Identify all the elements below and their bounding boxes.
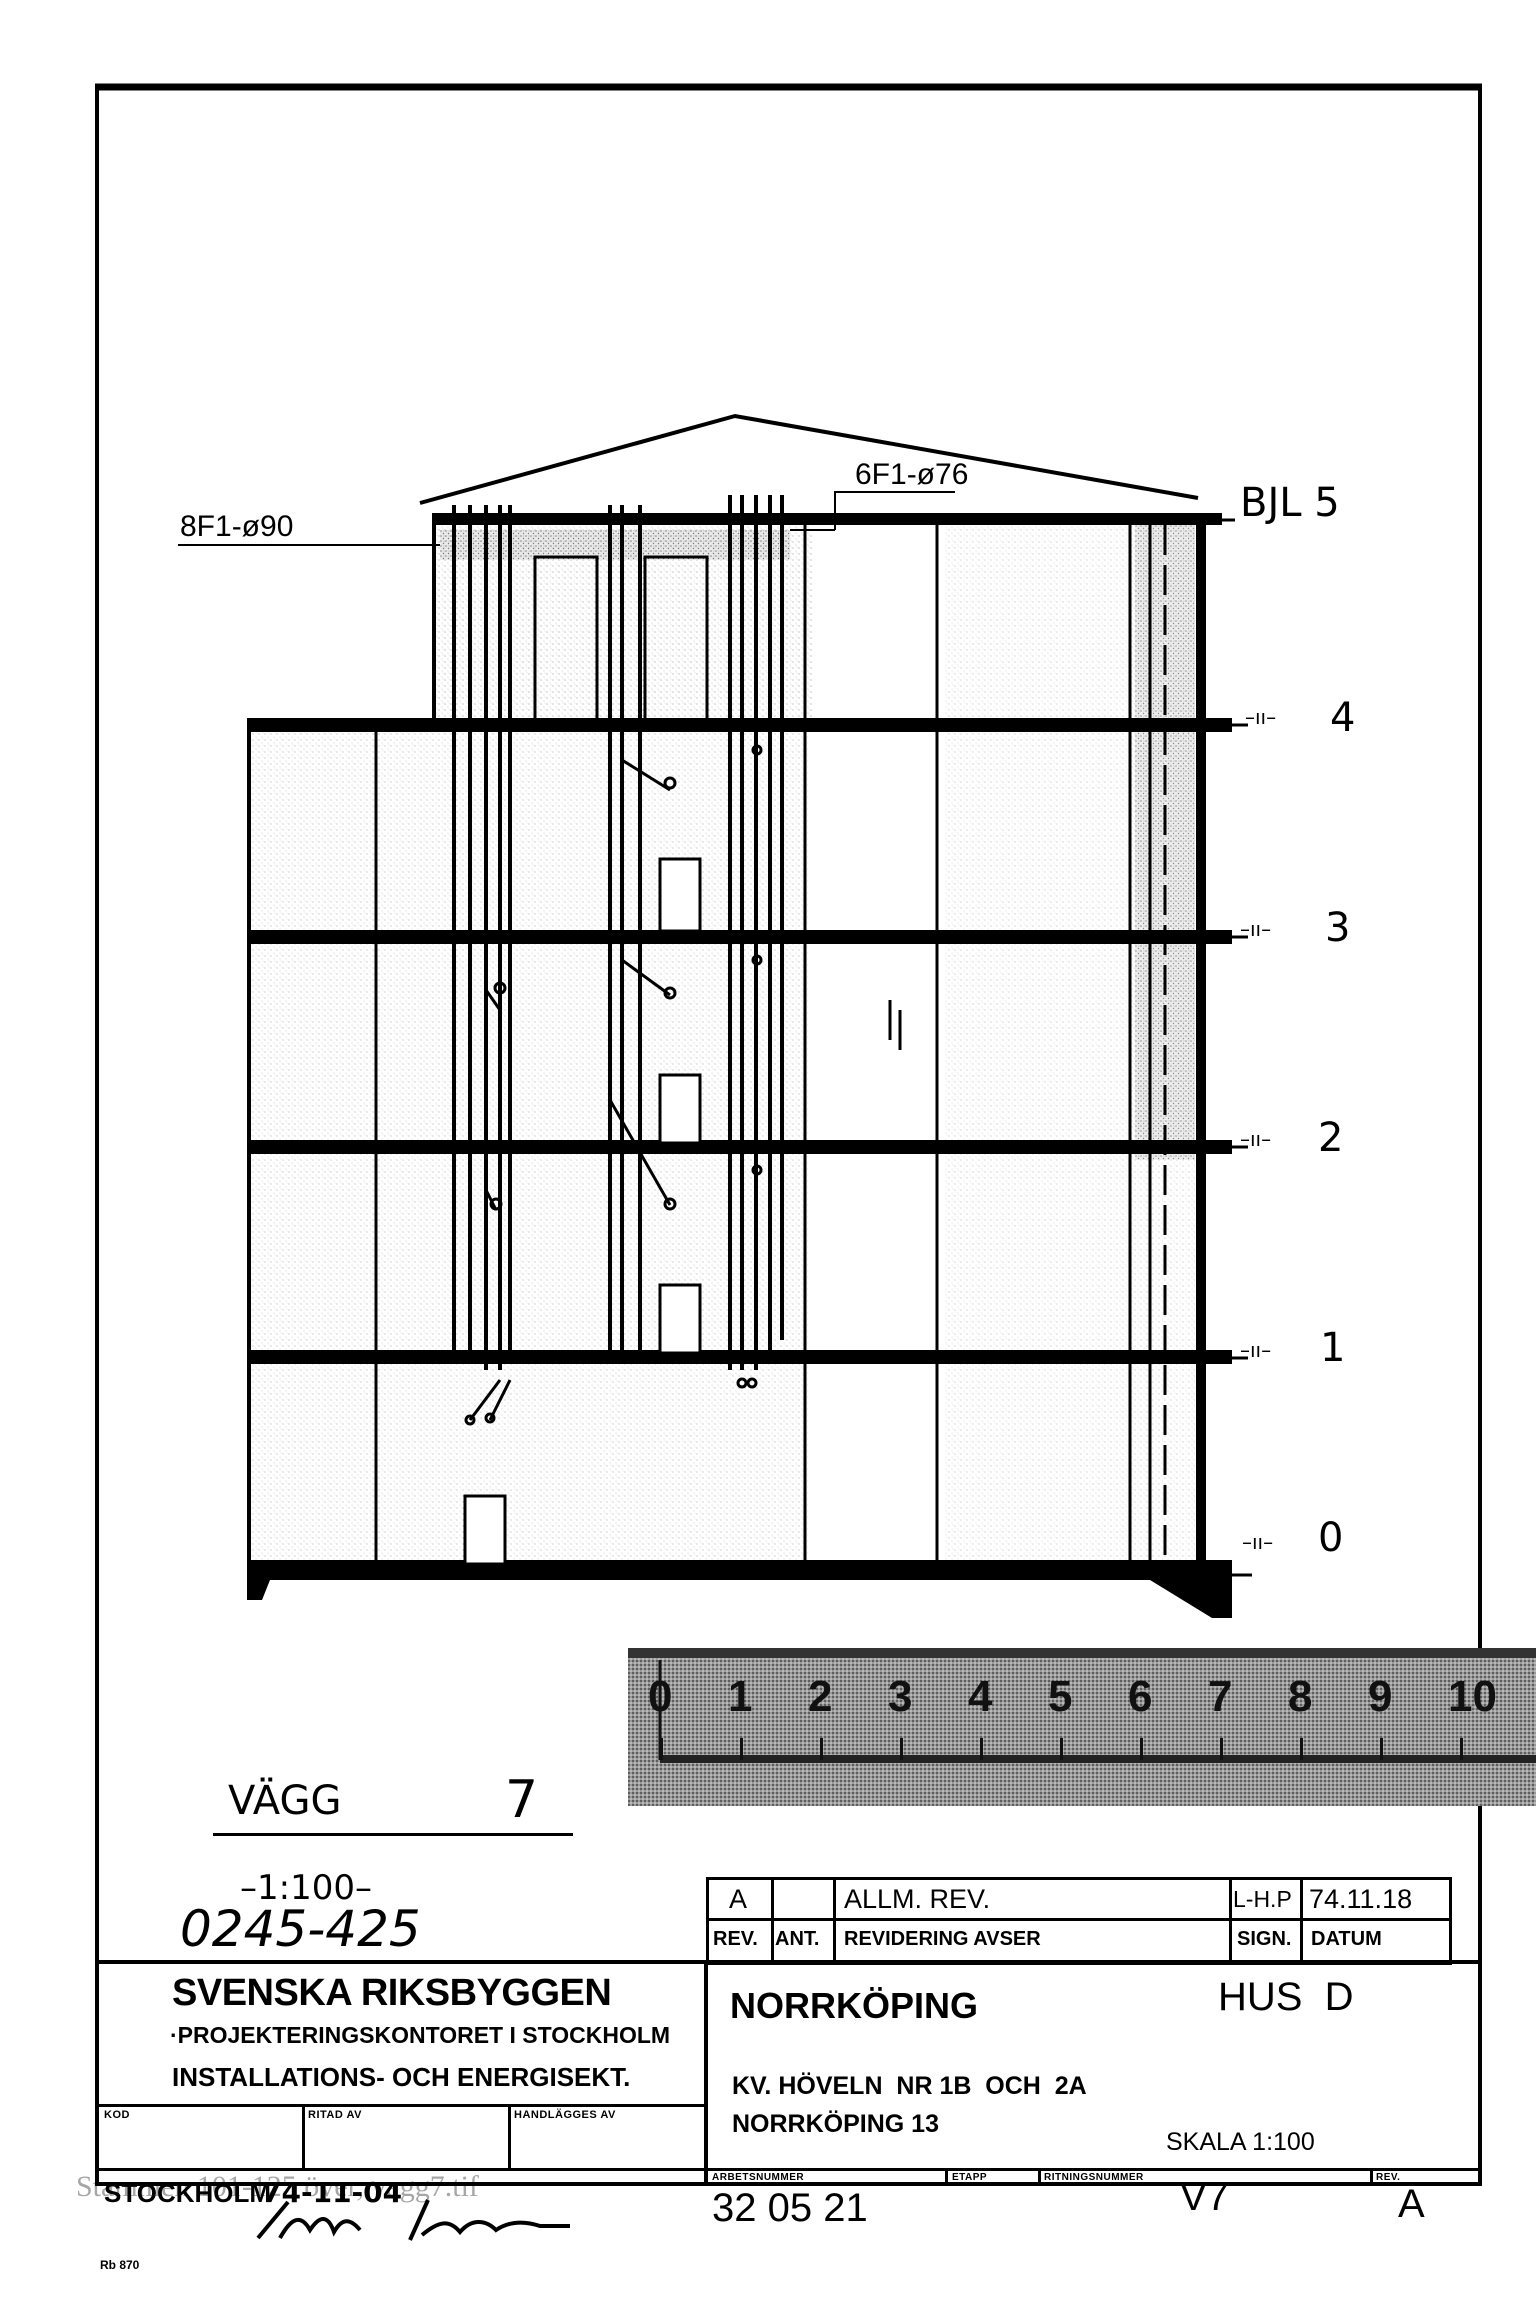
grid-line <box>508 2104 511 2170</box>
district-label: NORRKÖPING 13 <box>732 2110 939 2139</box>
ritad-av-label: RITAD AV <box>308 2109 362 2121</box>
company-name: SVENSKA RIKSBYGGEN <box>172 1972 611 2015</box>
drawing-sheet: 8F1-ø90 6F1-ø76 BJL 5 –ıı– 4 –ıı– 3 –ıı–… <box>0 0 1536 2306</box>
floor-marker: –ıı– <box>1240 917 1271 941</box>
house-label: HUS D <box>1218 1975 1354 2020</box>
company-department: INSTALLATIONS- OCH ENERGISEKT. <box>172 2062 630 2093</box>
ruler-tick-mark <box>1460 1738 1463 1760</box>
revision-date: 74.11.18 <box>1309 1884 1412 1915</box>
revision-sign: L-H.P <box>1233 1886 1292 1913</box>
overlay-stamp: Stammen 101-125 över, vagg7.tif <box>76 2170 479 2204</box>
header-sign: SIGN. <box>1237 1928 1291 1951</box>
property-label: KV. HÖVELN NR 1B OCH 2A <box>732 2072 1087 2101</box>
form-code: Rb 870 <box>100 2258 139 2272</box>
header-description: REVIDERING AVSER <box>844 1928 1041 1951</box>
ruler-tick-mark <box>900 1738 903 1760</box>
floor-marker: –ıı– <box>1240 1127 1271 1151</box>
floor-level-label: 2 <box>1318 1115 1343 1161</box>
ruler-tick-mark <box>1300 1738 1303 1760</box>
floor-level-label: BJL 5 <box>1240 480 1340 526</box>
header-ant: ANT. <box>775 1928 819 1951</box>
scale-label: SKALA 1:100 <box>1166 2128 1315 2157</box>
ruler-tick-label: 10 <box>1448 1672 1497 1722</box>
ruler-tick-label: 8 <box>1288 1672 1312 1722</box>
pipe-label-right: 6F1-ø76 <box>855 458 968 492</box>
pipe-label-left: 8F1-ø90 <box>180 510 293 544</box>
ruler-tick-mark <box>1060 1738 1063 1760</box>
rev-value: A <box>1398 2182 1425 2227</box>
grid-line <box>1038 2168 1041 2184</box>
floor-level-label: 0 <box>1318 1515 1343 1561</box>
rev-label: REV. <box>1376 2172 1400 2183</box>
floor-level-label: 4 <box>1330 695 1355 741</box>
revision-table: A ALLM. REV. L-H.P 74.11.18 REV. ANT. RE… <box>706 1877 1452 1965</box>
floor-level-label: 1 <box>1320 1325 1345 1371</box>
arbetsnummer-label: ARBETSNUMMER <box>712 2172 804 2183</box>
handlagges-av-label: HANDLÄGGES AV <box>514 2109 616 2121</box>
ruler-tick-label: 3 <box>888 1672 912 1722</box>
ritningsnummer-label: RITNINGSNUMMER <box>1044 2172 1144 2183</box>
header-date: DATUM <box>1311 1928 1382 1951</box>
grid-line <box>97 2104 704 2107</box>
ruler-tick-label: 2 <box>808 1672 832 1722</box>
title-block-divider <box>704 1960 708 2184</box>
header-rev: REV. <box>713 1928 758 1951</box>
grid-line <box>302 2104 305 2170</box>
ruler-tick-mark <box>1380 1738 1383 1760</box>
grid-line <box>704 2168 1480 2171</box>
ruler-tick-label: 0 <box>648 1672 672 1722</box>
archive-number: 0245-425 <box>180 1900 421 1958</box>
ruler-tick-label: 9 <box>1368 1672 1392 1722</box>
arbetsnummer-value: 32 05 21 <box>712 2186 868 2231</box>
grid-line <box>945 2168 948 2184</box>
floor-level-label: 3 <box>1325 905 1350 951</box>
floor-marker: –ıı– <box>1245 705 1276 729</box>
floor-marker: –ıı– <box>1242 1530 1273 1554</box>
ruler-tick-mark <box>740 1738 743 1760</box>
revision-description: ALLM. REV. <box>844 1884 990 1915</box>
ruler-tick-label: 1 <box>728 1672 752 1722</box>
ritningsnummer-value: V7 <box>1180 2175 1229 2220</box>
revision-code: A <box>729 1884 747 1915</box>
company-office: ·PROJEKTERINGSKONTORET I STOCKHOLM <box>170 2022 670 2049</box>
ruler-tick-label: 5 <box>1048 1672 1072 1722</box>
ruler-tick-mark <box>1140 1738 1143 1760</box>
wall-title: VÄGG <box>228 1778 341 1824</box>
title-block-divider <box>97 1960 1480 1964</box>
ruler-tick-mark <box>1220 1738 1223 1760</box>
ruler-tick-mark <box>820 1738 823 1760</box>
project-city: NORRKÖPING <box>730 1985 978 2027</box>
floor-marker: –ıı– <box>1240 1338 1271 1362</box>
ruler-tick-label: 6 <box>1128 1672 1152 1722</box>
etapp-label: ETAPP <box>952 2172 987 2183</box>
wall-number: 7 <box>505 1770 538 1830</box>
grid-line <box>1370 2168 1373 2182</box>
kod-label: KOD <box>104 2109 130 2121</box>
wall-title-underline <box>213 1833 573 1836</box>
ruler-tick-label: 4 <box>968 1672 992 1722</box>
ruler-tick-label: 7 <box>1208 1672 1232 1722</box>
ruler-tick-mark <box>980 1738 983 1760</box>
ruler-tick-mark <box>660 1738 663 1760</box>
